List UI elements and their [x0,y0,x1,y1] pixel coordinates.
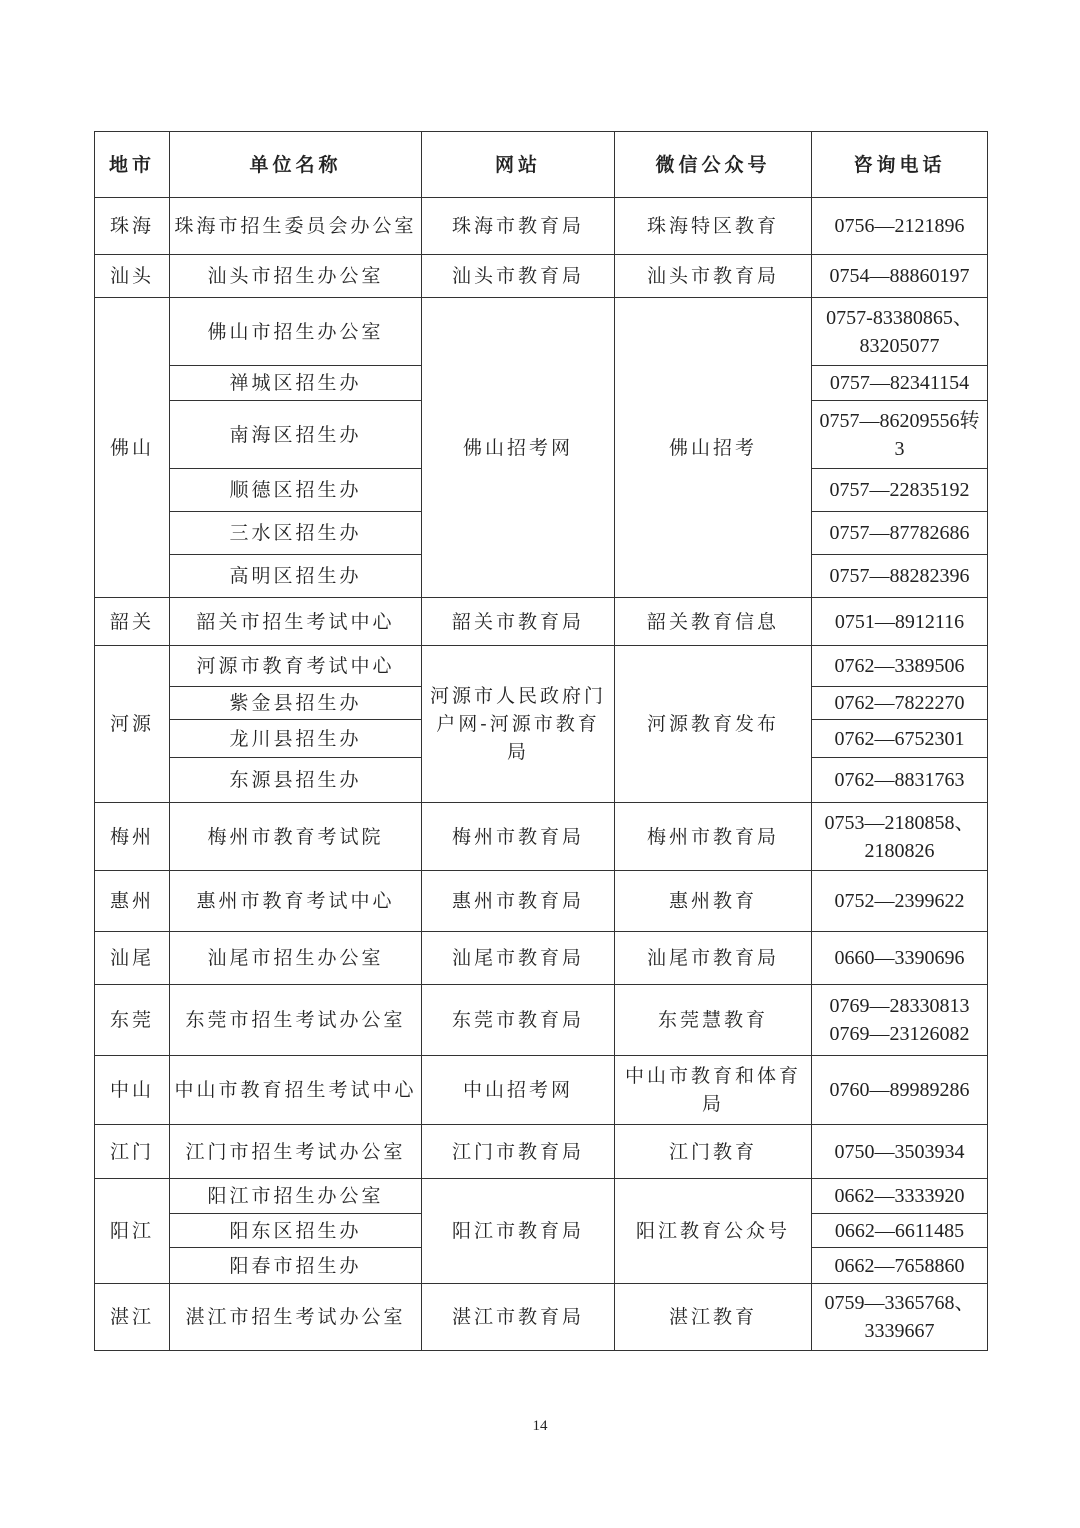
wechat-cell: 江门教育 [615,1125,812,1179]
wechat-cell: 阳江教育公众号 [615,1179,812,1284]
wechat-cell: 湛江教育 [615,1284,812,1351]
page-number: 14 [0,1418,1080,1435]
wechat-cell: 惠州教育 [615,871,812,932]
unit-cell: 佛山市招生办公室 [170,298,422,366]
city-cell: 河源 [95,646,170,803]
unit-cell: 汕尾市招生办公室 [170,932,422,985]
city-cell: 韶关 [95,598,170,646]
phone-cell: 0757—22835192 [812,469,988,512]
website-cell: 东莞市教育局 [422,985,615,1056]
unit-cell: 紫金县招生办 [170,687,422,720]
table-row: 东莞东莞市招生考试办公室东莞市教育局东莞慧教育0769—28330813 076… [95,985,988,1056]
phone-cell: 0762—8831763 [812,758,988,803]
phone-cell: 0762—3389506 [812,646,988,687]
table-row: 河源河源市教育考试中心河源市人民政府门户网-河源市教育局河源教育发布0762—3… [95,646,988,687]
phone-cell: 0757-83380865、83205077 [812,298,988,366]
website-cell: 惠州市教育局 [422,871,615,932]
phone-cell: 0760—89989286 [812,1056,988,1125]
phone-cell: 0750—3503934 [812,1125,988,1179]
table-row: 汕尾汕尾市招生办公室汕尾市教育局汕尾市教育局0660—3390696 [95,932,988,985]
unit-cell: 高明区招生办 [170,555,422,598]
wechat-cell: 中山市教育和体育局 [615,1056,812,1125]
header-website: 网站 [422,132,615,198]
phone-cell: 0769—28330813 0769—23126082 [812,985,988,1056]
unit-cell: 东源县招生办 [170,758,422,803]
city-cell: 汕头 [95,255,170,298]
unit-cell: 禅城区招生办 [170,366,422,401]
unit-cell: 三水区招生办 [170,512,422,555]
website-cell: 河源市人民政府门户网-河源市教育局 [422,646,615,803]
unit-cell: 龙川县招生办 [170,720,422,758]
unit-cell: 湛江市招生考试办公室 [170,1284,422,1351]
phone-cell: 0757—87782686 [812,512,988,555]
table-row: 阳江阳江市招生办公室阳江市教育局阳江教育公众号0662—3333920 [95,1179,988,1214]
website-cell: 中山招考网 [422,1056,615,1125]
table-body: 珠海珠海市招生委员会办公室珠海市教育局珠海特区教育0756—2121896汕头汕… [95,198,988,1351]
unit-cell: 韶关市招生考试中心 [170,598,422,646]
table-row: 惠州惠州市教育考试中心惠州市教育局惠州教育0752—2399622 [95,871,988,932]
phone-cell: 0660—3390696 [812,932,988,985]
unit-cell: 东莞市招生考试办公室 [170,985,422,1056]
phone-cell: 0762—6752301 [812,720,988,758]
wechat-cell: 汕头市教育局 [615,255,812,298]
phone-cell: 0754—88860197 [812,255,988,298]
city-cell: 中山 [95,1056,170,1125]
table-row: 珠海珠海市招生委员会办公室珠海市教育局珠海特区教育0756—2121896 [95,198,988,255]
phone-cell: 0752—2399622 [812,871,988,932]
city-cell: 惠州 [95,871,170,932]
website-cell: 珠海市教育局 [422,198,615,255]
wechat-cell: 韶关教育信息 [615,598,812,646]
website-cell: 湛江市教育局 [422,1284,615,1351]
unit-cell: 中山市教育招生考试中心 [170,1056,422,1125]
wechat-cell: 佛山招考 [615,298,812,598]
city-cell: 东莞 [95,985,170,1056]
unit-cell: 惠州市教育考试中心 [170,871,422,932]
unit-cell: 江门市招生考试办公室 [170,1125,422,1179]
table-row: 梅州梅州市教育考试院梅州市教育局梅州市教育局0753—2180858、21808… [95,803,988,871]
table-row: 韶关韶关市招生考试中心韶关市教育局韶关教育信息0751—8912116 [95,598,988,646]
wechat-cell: 东莞慧教育 [615,985,812,1056]
phone-cell: 0756—2121896 [812,198,988,255]
phone-cell: 0759—3365768、3339667 [812,1284,988,1351]
wechat-cell: 河源教育发布 [615,646,812,803]
header-phone: 咨询电话 [812,132,988,198]
city-cell: 佛山 [95,298,170,598]
phone-cell: 0757—88282396 [812,555,988,598]
website-cell: 佛山招考网 [422,298,615,598]
table-row: 江门江门市招生考试办公室江门市教育局江门教育0750—3503934 [95,1125,988,1179]
city-cell: 湛江 [95,1284,170,1351]
phone-cell: 0662—7658860 [812,1248,988,1284]
unit-cell: 阳江市招生办公室 [170,1179,422,1214]
unit-cell: 阳春市招生办 [170,1248,422,1284]
website-cell: 汕头市教育局 [422,255,615,298]
city-cell: 汕尾 [95,932,170,985]
wechat-cell: 珠海特区教育 [615,198,812,255]
table-row: 汕头汕头市招生办公室汕头市教育局汕头市教育局0754—88860197 [95,255,988,298]
unit-cell: 顺德区招生办 [170,469,422,512]
header-wechat: 微信公众号 [615,132,812,198]
city-cell: 江门 [95,1125,170,1179]
phone-cell: 0662—6611485 [812,1214,988,1248]
wechat-cell: 梅州市教育局 [615,803,812,871]
city-cell: 珠海 [95,198,170,255]
table-row: 中山中山市教育招生考试中心中山招考网中山市教育和体育局0760—89989286 [95,1056,988,1125]
phone-cell: 0751—8912116 [812,598,988,646]
city-cell: 阳江 [95,1179,170,1284]
header-city: 地市 [95,132,170,198]
website-cell: 梅州市教育局 [422,803,615,871]
unit-cell: 阳东区招生办 [170,1214,422,1248]
phone-cell: 0662—3333920 [812,1179,988,1214]
header-unit: 单位名称 [170,132,422,198]
unit-cell: 河源市教育考试中心 [170,646,422,687]
wechat-cell: 汕尾市教育局 [615,932,812,985]
unit-cell: 珠海市招生委员会办公室 [170,198,422,255]
unit-cell: 南海区招生办 [170,401,422,469]
table-row: 佛山佛山市招生办公室佛山招考网佛山招考0757-83380865、8320507… [95,298,988,366]
header-row: 地市 单位名称 网站 微信公众号 咨询电话 [95,132,988,198]
website-cell: 汕尾市教育局 [422,932,615,985]
phone-cell: 0762—7822270 [812,687,988,720]
table-row: 湛江湛江市招生考试办公室湛江市教育局湛江教育0759—3365768、33396… [95,1284,988,1351]
phone-cell: 0757—86209556转3 [812,401,988,469]
phone-cell: 0753—2180858、2180826 [812,803,988,871]
website-cell: 阳江市教育局 [422,1179,615,1284]
unit-cell: 梅州市教育考试院 [170,803,422,871]
website-cell: 韶关市教育局 [422,598,615,646]
city-cell: 梅州 [95,803,170,871]
contacts-table: 地市 单位名称 网站 微信公众号 咨询电话 珠海珠海市招生委员会办公室珠海市教育… [94,131,988,1351]
website-cell: 江门市教育局 [422,1125,615,1179]
unit-cell: 汕头市招生办公室 [170,255,422,298]
phone-cell: 0757—82341154 [812,366,988,401]
